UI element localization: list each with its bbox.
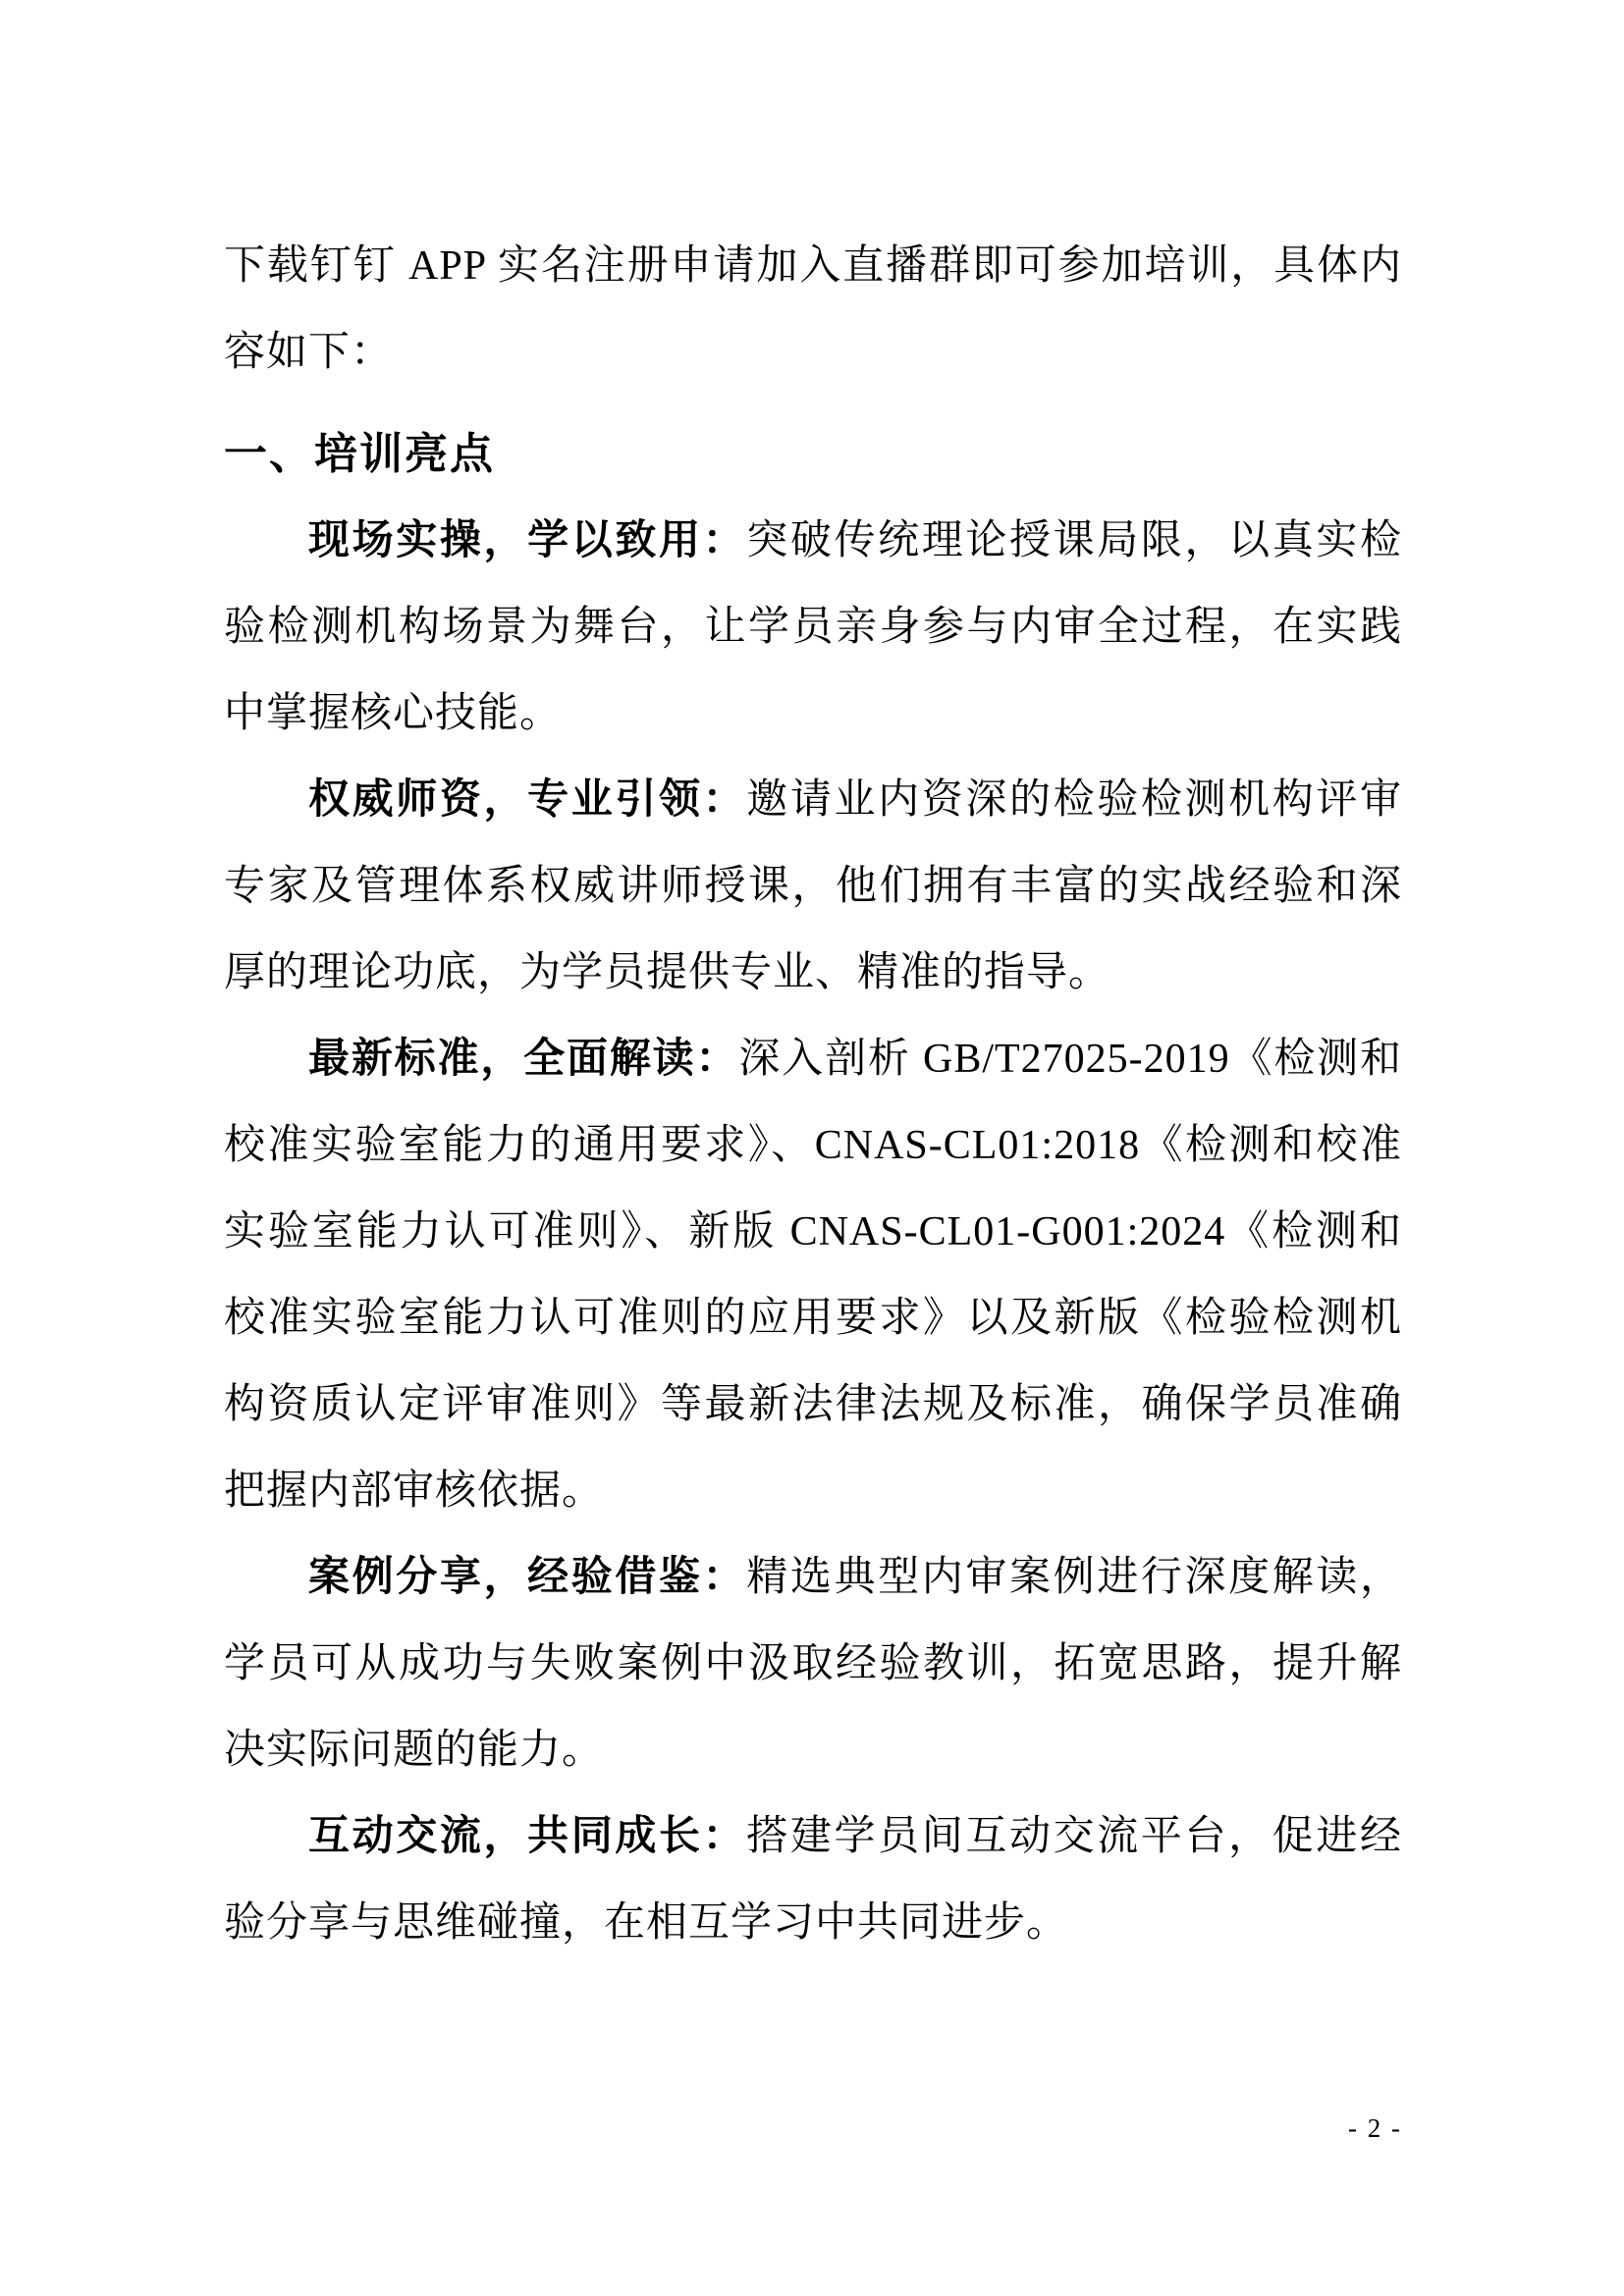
document-content: 下载钉钉 APP 实名注册申请加入直播群即可参加培训，具体内容如下： 一、培训亮…: [224, 223, 1402, 1966]
paragraph-lead: 现场实操，学以致用：: [308, 518, 746, 563]
section-heading: 一、培训亮点: [224, 411, 1402, 498]
highlight-paragraph: 互动交流，共同成长：搭建学员间互动交流平台，促进经验分享与思维碰撞，在相互学习中…: [224, 1793, 1402, 1966]
highlight-paragraph: 最新标准，全面解读：深入剖析 GB/T27025-2019《检测和校准实验室能力…: [224, 1016, 1402, 1534]
highlight-paragraph: 现场实操，学以致用：突破传统理论授课局限，以真实检验检测机构场景为舞台，让学员亲…: [224, 498, 1402, 757]
intro-paragraph: 下载钉钉 APP 实名注册申请加入直播群即可参加培训，具体内容如下：: [224, 223, 1402, 396]
paragraph-lead: 互动交流，共同成长：: [308, 1814, 746, 1859]
page-number: - 2 -: [1348, 2112, 1402, 2144]
paragraph-lead: 案例分享，经验借鉴：: [308, 1555, 746, 1600]
highlight-paragraph: 案例分享，经验借鉴：精选典型内审案例进行深度解读，学员可从成功与失败案例中汲取经…: [224, 1534, 1402, 1793]
document-page: 下载钉钉 APP 实名注册申请加入直播群即可参加培训，具体内容如下： 一、培训亮…: [0, 0, 1624, 2296]
paragraph-lead: 权威师资，专业引领：: [308, 777, 746, 823]
paragraph-body: 深入剖析 GB/T27025-2019《检测和校准实验室能力的通用要求》、CNA…: [224, 1037, 1402, 1514]
highlight-paragraph: 权威师资，专业引领：邀请业内资深的检验检测机构评审专家及管理体系权威讲师授课，他…: [224, 757, 1402, 1016]
paragraph-lead: 最新标准，全面解读：: [308, 1037, 738, 1082]
